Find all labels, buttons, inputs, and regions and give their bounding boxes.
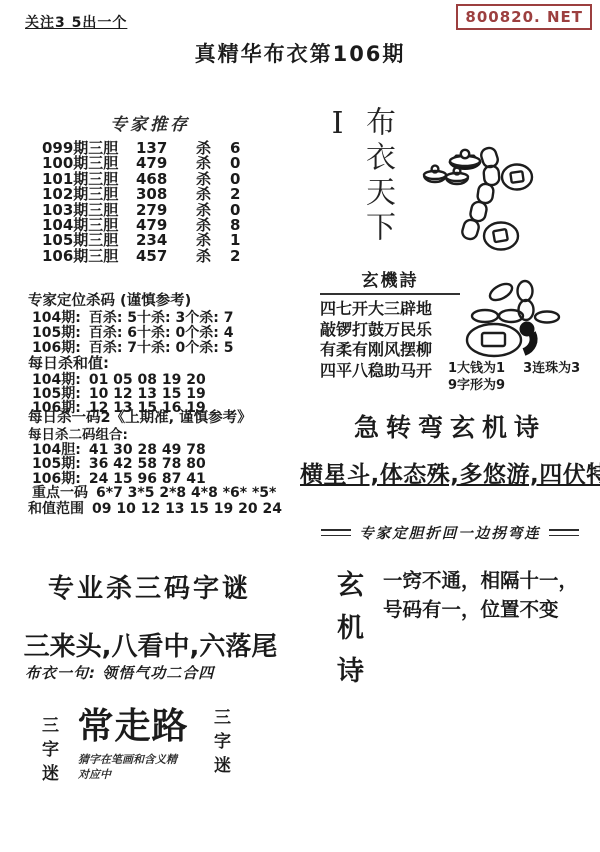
- list-item: 104胆:41 30 28 49 78: [32, 443, 206, 457]
- list-item: 104期:百杀: 5十杀: 3个杀: 7: [32, 311, 233, 326]
- list-item: 104期:01 05 08 19 20: [32, 373, 206, 387]
- caption-line: 1大钱为13连珠为3: [448, 360, 580, 377]
- period-label: 104胆:: [32, 443, 81, 457]
- period-cell: 106期三胆: [42, 249, 136, 264]
- period-label: 105期:: [32, 457, 81, 471]
- key-one-values: 6*7 3*5 2*8 4*8 *6* *5*: [96, 485, 276, 501]
- poem-line: 四七开大三辟地: [320, 299, 460, 320]
- three-char-note: 猜字在笔画和含义精 对应中: [78, 752, 177, 782]
- expert-list-header: 专家推存: [25, 110, 275, 135]
- coin-icon: [502, 165, 532, 190]
- head-mid-tail-riddle: 三来头,八看中,六落尾: [18, 626, 283, 663]
- three-char-label-right: 三字迷: [208, 708, 233, 798]
- caption-nine: 9字形为9: [448, 377, 580, 394]
- sum-range-label: 和值范围: [28, 502, 84, 517]
- double-line: [321, 529, 351, 536]
- mystery-poem-lines: 四七开大三辟地 敲锣打鼓万民乐 有柔有刚风摆柳 四平八稳助马开: [320, 299, 460, 381]
- key-one-line: 重点一码6*7 3*5 2*8 4*8 *6* *5*: [32, 486, 276, 501]
- kill-values: 百杀: 6十杀: 0个杀: 4: [89, 325, 234, 341]
- lottery-sheet-page: 关注3 5出一个 800820. NET 真精华布衣第106期 专家推存 099…: [0, 0, 600, 852]
- figure-nine-icon: [520, 322, 535, 353]
- expert-list: 099期三胆 137 杀 6 100期三胆 479 杀 0 101期三胆 468…: [42, 141, 250, 264]
- period-label: 105期:: [32, 387, 81, 401]
- caption-coin: 1大钱为1: [448, 361, 505, 376]
- coin-oval-figure-graphic: [455, 268, 595, 364]
- period-label: 104期:: [32, 311, 81, 326]
- mystery-poem-title: 玄機詩: [320, 266, 460, 295]
- position-kill-list: 104期:百杀: 5十杀: 3个杀: 7 105期:百杀: 6十杀: 0个杀: …: [32, 311, 233, 357]
- daily-kill-two-list: 104胆:41 30 28 49 78 105期:36 42 58 78 80 …: [32, 443, 206, 486]
- table-row: 106期三胆 457 杀 2: [42, 249, 250, 264]
- riddle-line: 号码有一，位置不变: [383, 595, 578, 624]
- note-line: 对应中: [78, 767, 177, 782]
- ingot-coin-chain-graphic: [386, 140, 542, 260]
- three-char-answer: 常走路: [68, 698, 198, 749]
- mystery-poem-section: 玄機詩 四七开大三辟地 敲锣打鼓万民乐 有柔有刚风摆柳 四平八稳助马开: [320, 266, 460, 381]
- coin-icon: [467, 324, 521, 356]
- buyi-sentence: 布衣一句: 领悟气功二合四: [25, 662, 214, 683]
- daily-kill-two-header: 每日杀二码组合:: [28, 428, 128, 443]
- daily-kill-one-note: 每日杀一码2《上期准, 谨慎参考》: [28, 411, 252, 426]
- ingot-icon: [446, 168, 468, 184]
- ingot-icon: [424, 166, 446, 182]
- mystery-poem-vertical-title: 玄机诗: [328, 570, 367, 750]
- top-note: 关注3 5出一个: [25, 12, 127, 32]
- expert-note-divider: 专家定胆折回一边拐弯连: [305, 522, 595, 543]
- kill-label: 杀: [196, 249, 230, 264]
- key-one-label: 重点一码: [32, 486, 88, 501]
- riddle-text: 一窍不通，相隔十一， 号码有一，位置不变: [383, 566, 578, 624]
- site-badge: 800820. NET: [456, 4, 592, 30]
- riddle-line: 一窍不通，相隔十一，: [383, 566, 578, 595]
- page-title: 真精华布衣第106期: [0, 38, 600, 68]
- kill-values: 百杀: 7十杀: 0个杀: 5: [89, 340, 234, 356]
- period-label: 105期:: [32, 326, 81, 341]
- oval-beads-icon: [472, 281, 559, 323]
- ingot-icon: [449, 150, 481, 170]
- note-line: 猜字在笔画和含义精: [78, 752, 177, 767]
- poem-line: 有柔有刚风摆柳: [320, 340, 460, 361]
- divider-note: 专家定胆折回一边拐弯连: [359, 522, 541, 543]
- dan-cell: 457: [136, 249, 182, 264]
- kill-cell: 2: [230, 249, 250, 264]
- list-item: 105期:36 42 58 78 80: [32, 457, 206, 471]
- coin-icon: [484, 223, 518, 250]
- poem-line: 四平八稳助马开: [320, 361, 460, 382]
- figure-captions: 1大钱为13连珠为3 9字形为9: [448, 360, 580, 394]
- double-line: [549, 529, 579, 536]
- list-item: 105期:10 12 13 15 19: [32, 387, 206, 401]
- sharp-turn-title: 急转弯玄机诗: [305, 408, 595, 444]
- sum-range-values: 09 10 12 13 15 19 20 24: [92, 501, 282, 517]
- sharp-turn-line: 横星斗,体态殊,多悠游,四伏特: [300, 456, 600, 489]
- poem-line: 敲锣打鼓万民乐: [320, 320, 460, 341]
- period-label: 104期:: [32, 373, 81, 387]
- kill-values: 百杀: 5十杀: 3个杀: 7: [89, 310, 234, 326]
- caption-beads: 3连珠为3: [523, 361, 580, 376]
- position-kill-header: 专家定位杀码 (谨慎参考): [28, 294, 191, 309]
- three-char-label-left: 三字迷: [36, 716, 61, 806]
- kill-three-title: 专业杀三码字谜: [22, 568, 277, 605]
- daily-kill-sum-header: 每日杀和值:: [28, 356, 109, 371]
- sum-range-line: 和值范围09 10 12 13 15 19 20 24: [28, 502, 282, 517]
